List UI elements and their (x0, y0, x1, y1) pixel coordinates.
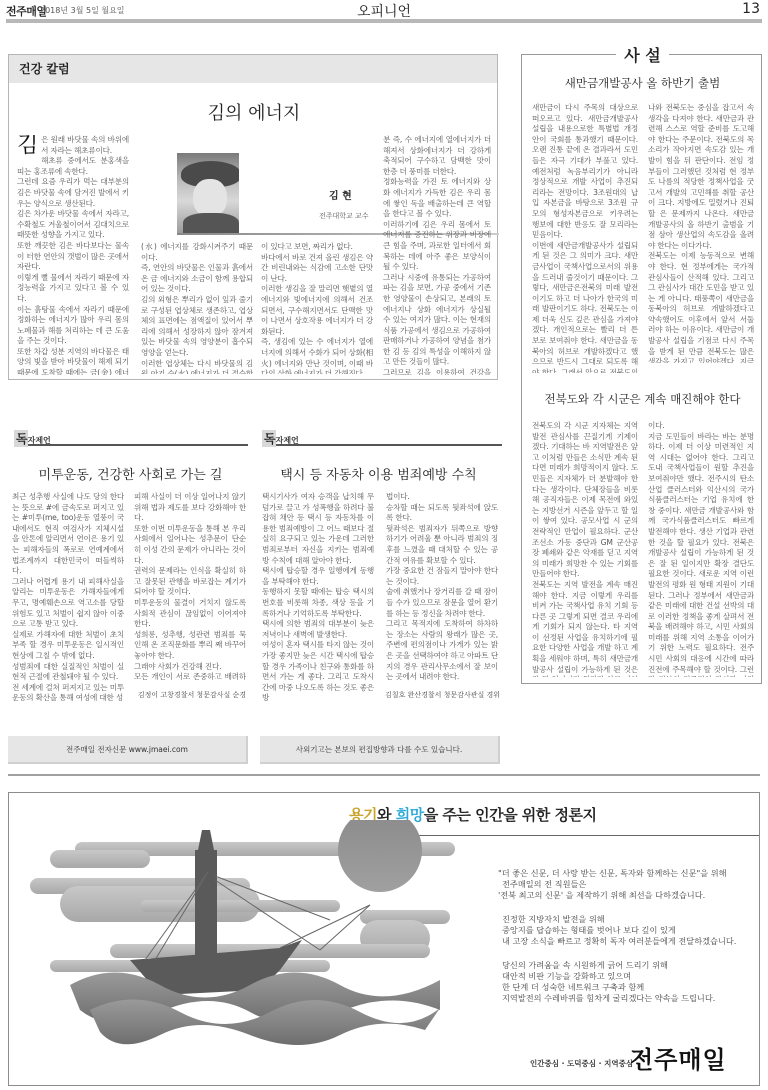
reader-opinion-header-2: 독자제언 (262, 428, 502, 446)
editorial-2-text-2: 이다. 지금 도민들이 바라는 바는 분명하다. 이제 더 이상 미련적인 지역… (648, 421, 754, 677)
health-column-text-3: 이 있다고 보면, 짜리가 없다. 바다에서 바로 건져 올린 생김은 약간 비… (261, 242, 373, 374)
reader-label-rest: 자제언 (28, 436, 51, 445)
masthead-divider (6, 19, 762, 23)
author-photo (177, 153, 239, 233)
author-name: 김 현 (329, 187, 352, 202)
health-column-label: 건강 칼럼 (9, 55, 497, 83)
ad-logo: 전주매일 (630, 1040, 727, 1075)
section-title: 오피니언 (0, 1, 768, 21)
ad-paragraph-1: "더 좋은 신문, 더 사랑 받는 신문, 독자와 함께하는 신문"을 위해 전… (498, 868, 727, 901)
reader-opinion-1-byline: 김정이 고창경찰서 청문감사실 순경 (134, 690, 246, 700)
editorial-label: 사 설 (522, 43, 763, 66)
reader-opinion-2-text-1: 택시기사가 여자 승객을 납치해 무덤가로 끌고 가 성폭행을 하려다 불잡혀 … (262, 492, 374, 704)
editorial-title-1: 새만금개발공사 올 하반기 출범 (522, 75, 763, 91)
ad-paragraph-2: 진정한 지방자치 발전을 위해 중앙지를 답습하는 형태를 벗어나 보다 깊이 … (498, 914, 736, 947)
reader-label-rest: 자제언 (276, 436, 299, 445)
reader-opinion-2-byline: 김칠호 완산경찰서 청문감사관실 경위 (376, 690, 500, 700)
health-column-text-2: (水) 에너지를 강화시켜주기 때문이다. 즉, 연안의 바닷물은 인물과 흙에… (141, 242, 253, 374)
reader-label-big: 독 (14, 430, 28, 447)
health-column-text-1: 김은 원래 바닷물 속의 바위에서 자라는 해초류이다. 해초류 중에서도 분홍… (17, 135, 129, 375)
editorial-title-2: 전북도와 각 시군은 계속 매진해야 한다 (522, 391, 763, 407)
face-shape (193, 179, 227, 217)
editorial-2-text-1: 전북도의 각 시군 지자체는 지역발전 관심사를 끈질기게 기제이겠다. 기대하… (532, 421, 638, 677)
body-shape (183, 213, 239, 233)
reader-opinion-1-text-2: 피해 사실이 더 이상 일어나지 않기 위해 법과 제도를 보다 강화해야 한다… (134, 492, 246, 682)
health-column-text-4: 분 즉, 수 에너지에 열에너지가 더해져서 상화에너지가 더 강하게 축적되어… (383, 135, 491, 375)
author-affiliation: 전주대학교 교수 (319, 211, 369, 221)
dropcap: 김 (17, 135, 38, 157)
section-divider (8, 774, 760, 776)
reader-opinion-2-text-2: 법이다. 승차할 때는 되도록 뒷좌석에 앉도록 한다. 뒷좌석은 범죄자가 뒤… (386, 492, 498, 682)
reader-label-big: 독 (262, 430, 276, 447)
ad-paragraph-3: 당신의 가려움을 속 시원하게 긁어 드리기 위해 대안적 비판 기능을 강화하… (498, 960, 715, 1004)
health-column-title: 김의 에너지 (9, 99, 499, 125)
sun (338, 820, 422, 892)
reader-opinion-1-text-1: 최근 성추행 사실에 나도 당의 한다는 뜻으로 #에 금속도로 퍼지고 있는 … (12, 492, 124, 704)
reader-opinion-title-2: 택시 등 자동차 이용 범죄예방 수칙 (256, 464, 501, 483)
reader-opinion-header-1: 독자제언 (14, 428, 248, 446)
waves (70, 973, 440, 1046)
editorial-1-text-1: 새만금이 다시 주목의 대상으로 떠오르고 있다. 새만금개발공사 설립을 내용… (532, 103, 638, 373)
reader-opinion-title-1: 미투운동, 건강한 사회로 가는 길 (8, 464, 253, 483)
editorial-box: 사 설 새만금개발공사 올 하반기 출범 새만금이 다시 주목의 대상으로 떠오… (521, 54, 762, 684)
page-number: 13 (742, 1, 760, 17)
contribution-disclaimer: 사외기고는 본보의 편집방향과 다를 수도 있습니다. (260, 736, 500, 764)
ad-tagline: 인간중심 · 도덕중심 · 지역중심 (530, 1058, 633, 1069)
ship-illustration (20, 820, 470, 1060)
health-column: 건강 칼럼 김의 에너지 김은 원래 바닷물 속의 바위에서 자라는 해초류이다… (8, 54, 498, 380)
editorial-1-text-2: 나와 전북도는 중심을 잡고서 속 생각을 다져야 한다. 새만금과 관련해 스… (648, 103, 754, 363)
e-newspaper-notice: 전주매일 전자신문 www.jmaei.com (8, 736, 248, 764)
